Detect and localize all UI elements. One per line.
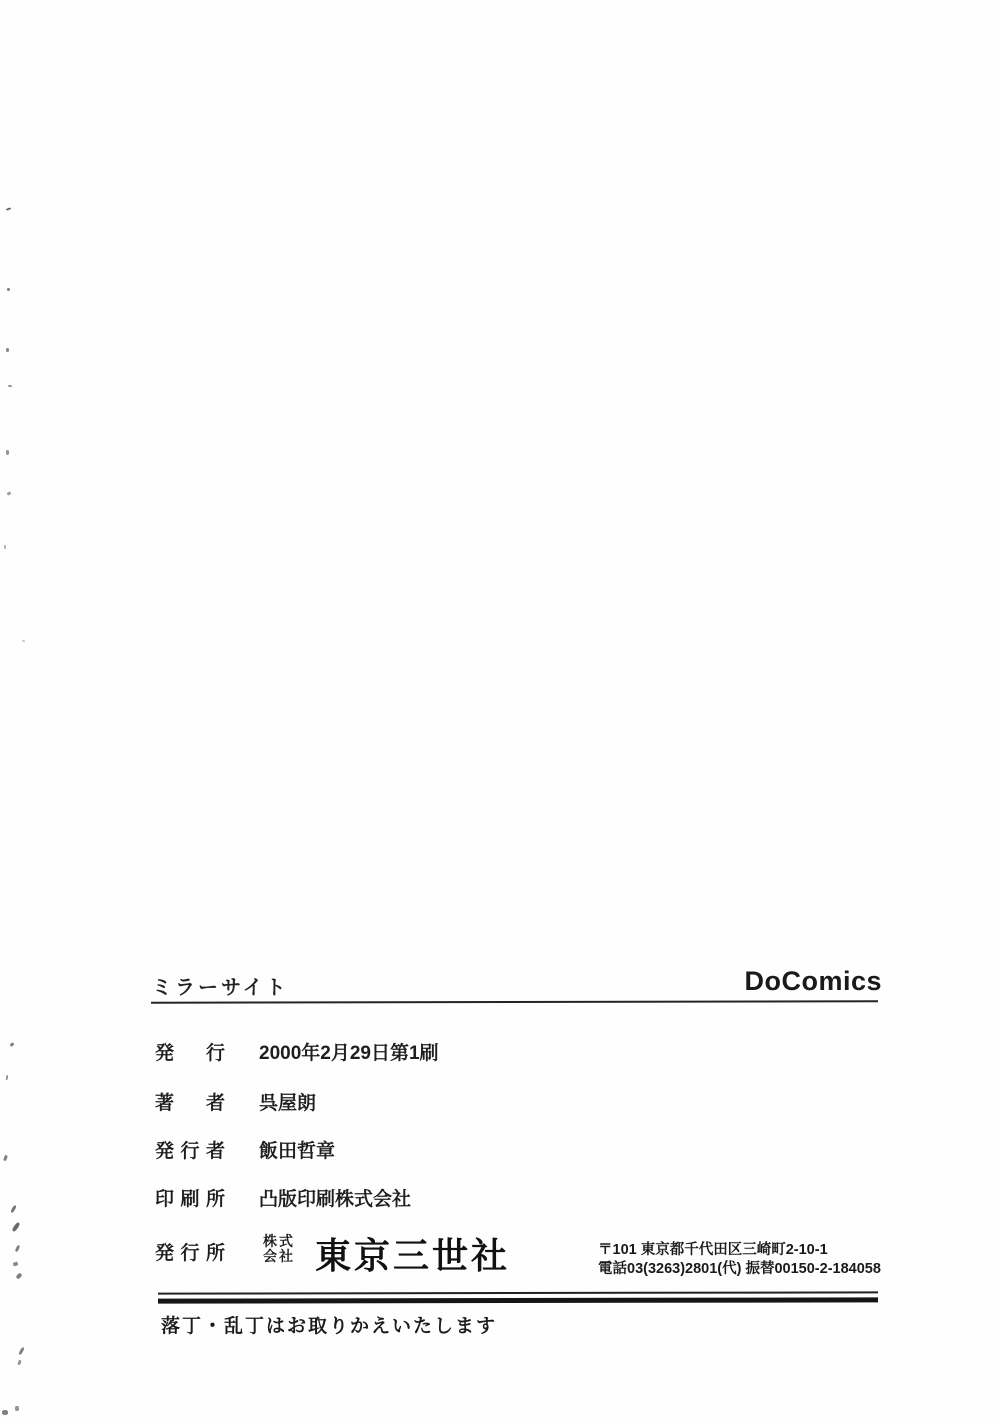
docomics-logo: DoComics <box>744 966 882 997</box>
row-publication-date: 発行 2000年2月29日第1刷 <box>155 1038 885 1064</box>
corp-type-bottom: 会社 <box>263 1249 295 1264</box>
returns-notice: 落丁・乱丁はお取りかえいたします <box>161 1311 497 1338</box>
corp-type-stack: 株式 会社 <box>263 1234 295 1264</box>
address-line-2: 電話03(3263)2801(代) 振替00150-2-184058 <box>598 1260 881 1279</box>
publisher-address: 〒101 東京都千代田区三崎町2-10-1 電話03(3263)2801(代) … <box>598 1241 881 1279</box>
row-label: 発行 <box>155 1038 225 1065</box>
footer-divider-thin <box>158 1291 878 1294</box>
row-issuer: 発行者 飯田哲章 <box>155 1136 885 1162</box>
row-label: 発行所 <box>155 1238 225 1265</box>
colophon-page: ミラーサイト DoComics 発行 2000年2月29日第1刷 著者 呉屋朗 … <box>0 0 1000 1421</box>
row-label: 発行者 <box>155 1136 225 1163</box>
row-label: 印刷所 <box>155 1184 225 1211</box>
row-value: 飯田哲章 <box>259 1136 335 1163</box>
header-divider <box>151 1000 878 1004</box>
row-publisher: 発行所 株式 会社 東京三世社 〒101 東京都千代田区三崎町2-10-1 電話… <box>155 1238 885 1264</box>
row-author: 著者 呉屋朗 <box>155 1088 885 1114</box>
row-label: 著者 <box>155 1088 225 1115</box>
footer-divider-thick <box>158 1297 878 1303</box>
publisher-name: 東京三世社 <box>315 1228 510 1279</box>
row-value: 2000年2月29日第1刷 <box>259 1038 439 1065</box>
corp-type-top: 株式 <box>263 1234 295 1249</box>
row-value: 凸版印刷株式会社 <box>259 1184 411 1211</box>
row-value: 呉屋朗 <box>259 1088 316 1115</box>
row-printer: 印刷所 凸版印刷株式会社 <box>155 1184 885 1210</box>
book-title: ミラーサイト <box>152 971 289 1000</box>
address-line-1: 〒101 東京都千代田区三崎町2-10-1 <box>598 1241 881 1260</box>
